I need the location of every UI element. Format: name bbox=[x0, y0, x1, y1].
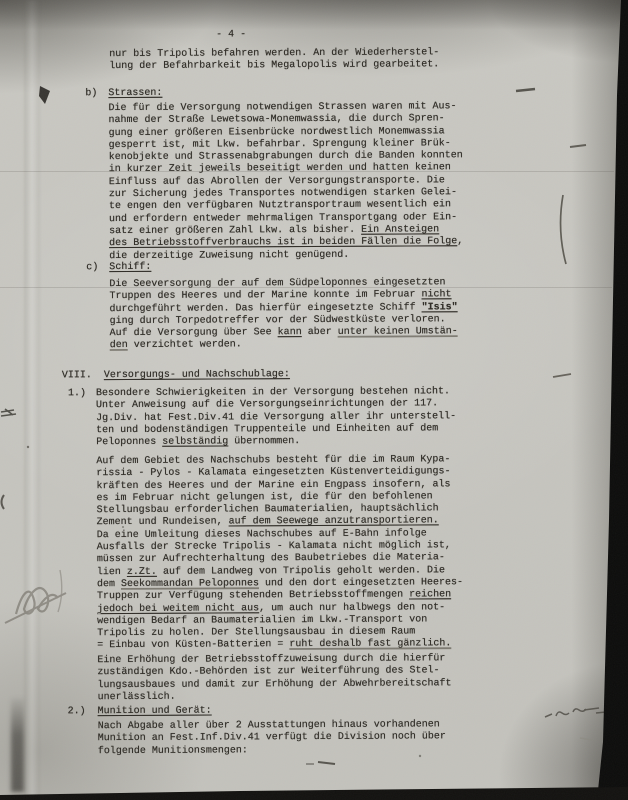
section-b-heading-label: b) bbox=[85, 88, 97, 100]
section-viii-heading: VIII.Versorgungs- und Nachschublage: bbox=[0, 367, 628, 370]
section-c-paragraph: Die Seeversorgung der auf dem Südpelopon… bbox=[0, 276, 627, 279]
item-1-paragraph-2: Auf dem Gebiet des Nachschubs besteht fü… bbox=[0, 453, 628, 456]
section-b-heading: b)Strassen: bbox=[0, 85, 626, 88]
item-1-paragraph-3: Eine Erhöhung der Betriebsstoffzuweisung… bbox=[1, 652, 628, 655]
intro-continuation-paragraph: nur bis Tripolis befahren werden. An der… bbox=[0, 46, 626, 49]
text-line: Schiff: bbox=[109, 262, 151, 275]
item-1-paragraph-1: 1.)Besondere Schwierigkeiten in der Vers… bbox=[0, 385, 628, 388]
scanned-document-page: - 4 -nur bis Tripolis befahren werden. A… bbox=[0, 0, 628, 800]
section-b-paragraph: Die für die Versorgung notwendigen Stras… bbox=[0, 100, 626, 103]
section-c-heading-label: c) bbox=[86, 262, 98, 274]
item-2-heading: 2.)Munition und Gerät: bbox=[2, 703, 628, 706]
text-line: Munition und Gerät: bbox=[98, 706, 212, 719]
text-line: des Betriebsstoffverbrauchs ist in beide… bbox=[109, 236, 463, 250]
text-line: = Einbau von Küsten-Batterien = ruht des… bbox=[97, 639, 463, 653]
section-viii-heading-label: VIII. bbox=[62, 370, 92, 382]
text-line: Strassen: bbox=[108, 88, 162, 101]
text-line: Auf die Versorgung über See kann aber un… bbox=[110, 326, 458, 340]
text-line: unerlässlich. bbox=[98, 690, 452, 704]
item-2-heading-label: 2.) bbox=[68, 706, 86, 718]
text-line: den verzichtet werden. bbox=[110, 339, 458, 353]
text-line: lungsausbaues und damit zur Erhöhung der… bbox=[97, 678, 451, 692]
scan-shadow-strip bbox=[11, 698, 24, 792]
text-line: Versorgungs- und Nachschublage: bbox=[104, 369, 290, 382]
text-line: Peloponnes selbständig übernommen. bbox=[96, 435, 456, 449]
text-line: lung der Befahrbarkeit bis Megalopolis w… bbox=[109, 60, 439, 74]
document-text-layer: - 4 -nur bis Tripolis befahren werden. A… bbox=[0, 0, 628, 800]
text-line: - 4 - bbox=[216, 29, 246, 41]
text-line: ten und bodenständigen Truppenteile und … bbox=[96, 423, 456, 437]
scan-top-shadow bbox=[0, 0, 628, 30]
text-line: Munition an Fest.Inf.Div.41 verfügt die … bbox=[98, 732, 446, 746]
text-line: folgende Munitionsmengen: bbox=[98, 744, 446, 758]
item-1-paragraph-1-label: 1.) bbox=[68, 388, 86, 400]
text-line: die derzeitige Zuweisung nicht genügend. bbox=[109, 249, 463, 263]
item-2-paragraph: Nach Abgabe aller über 2 Ausstattungen h… bbox=[2, 718, 628, 721]
